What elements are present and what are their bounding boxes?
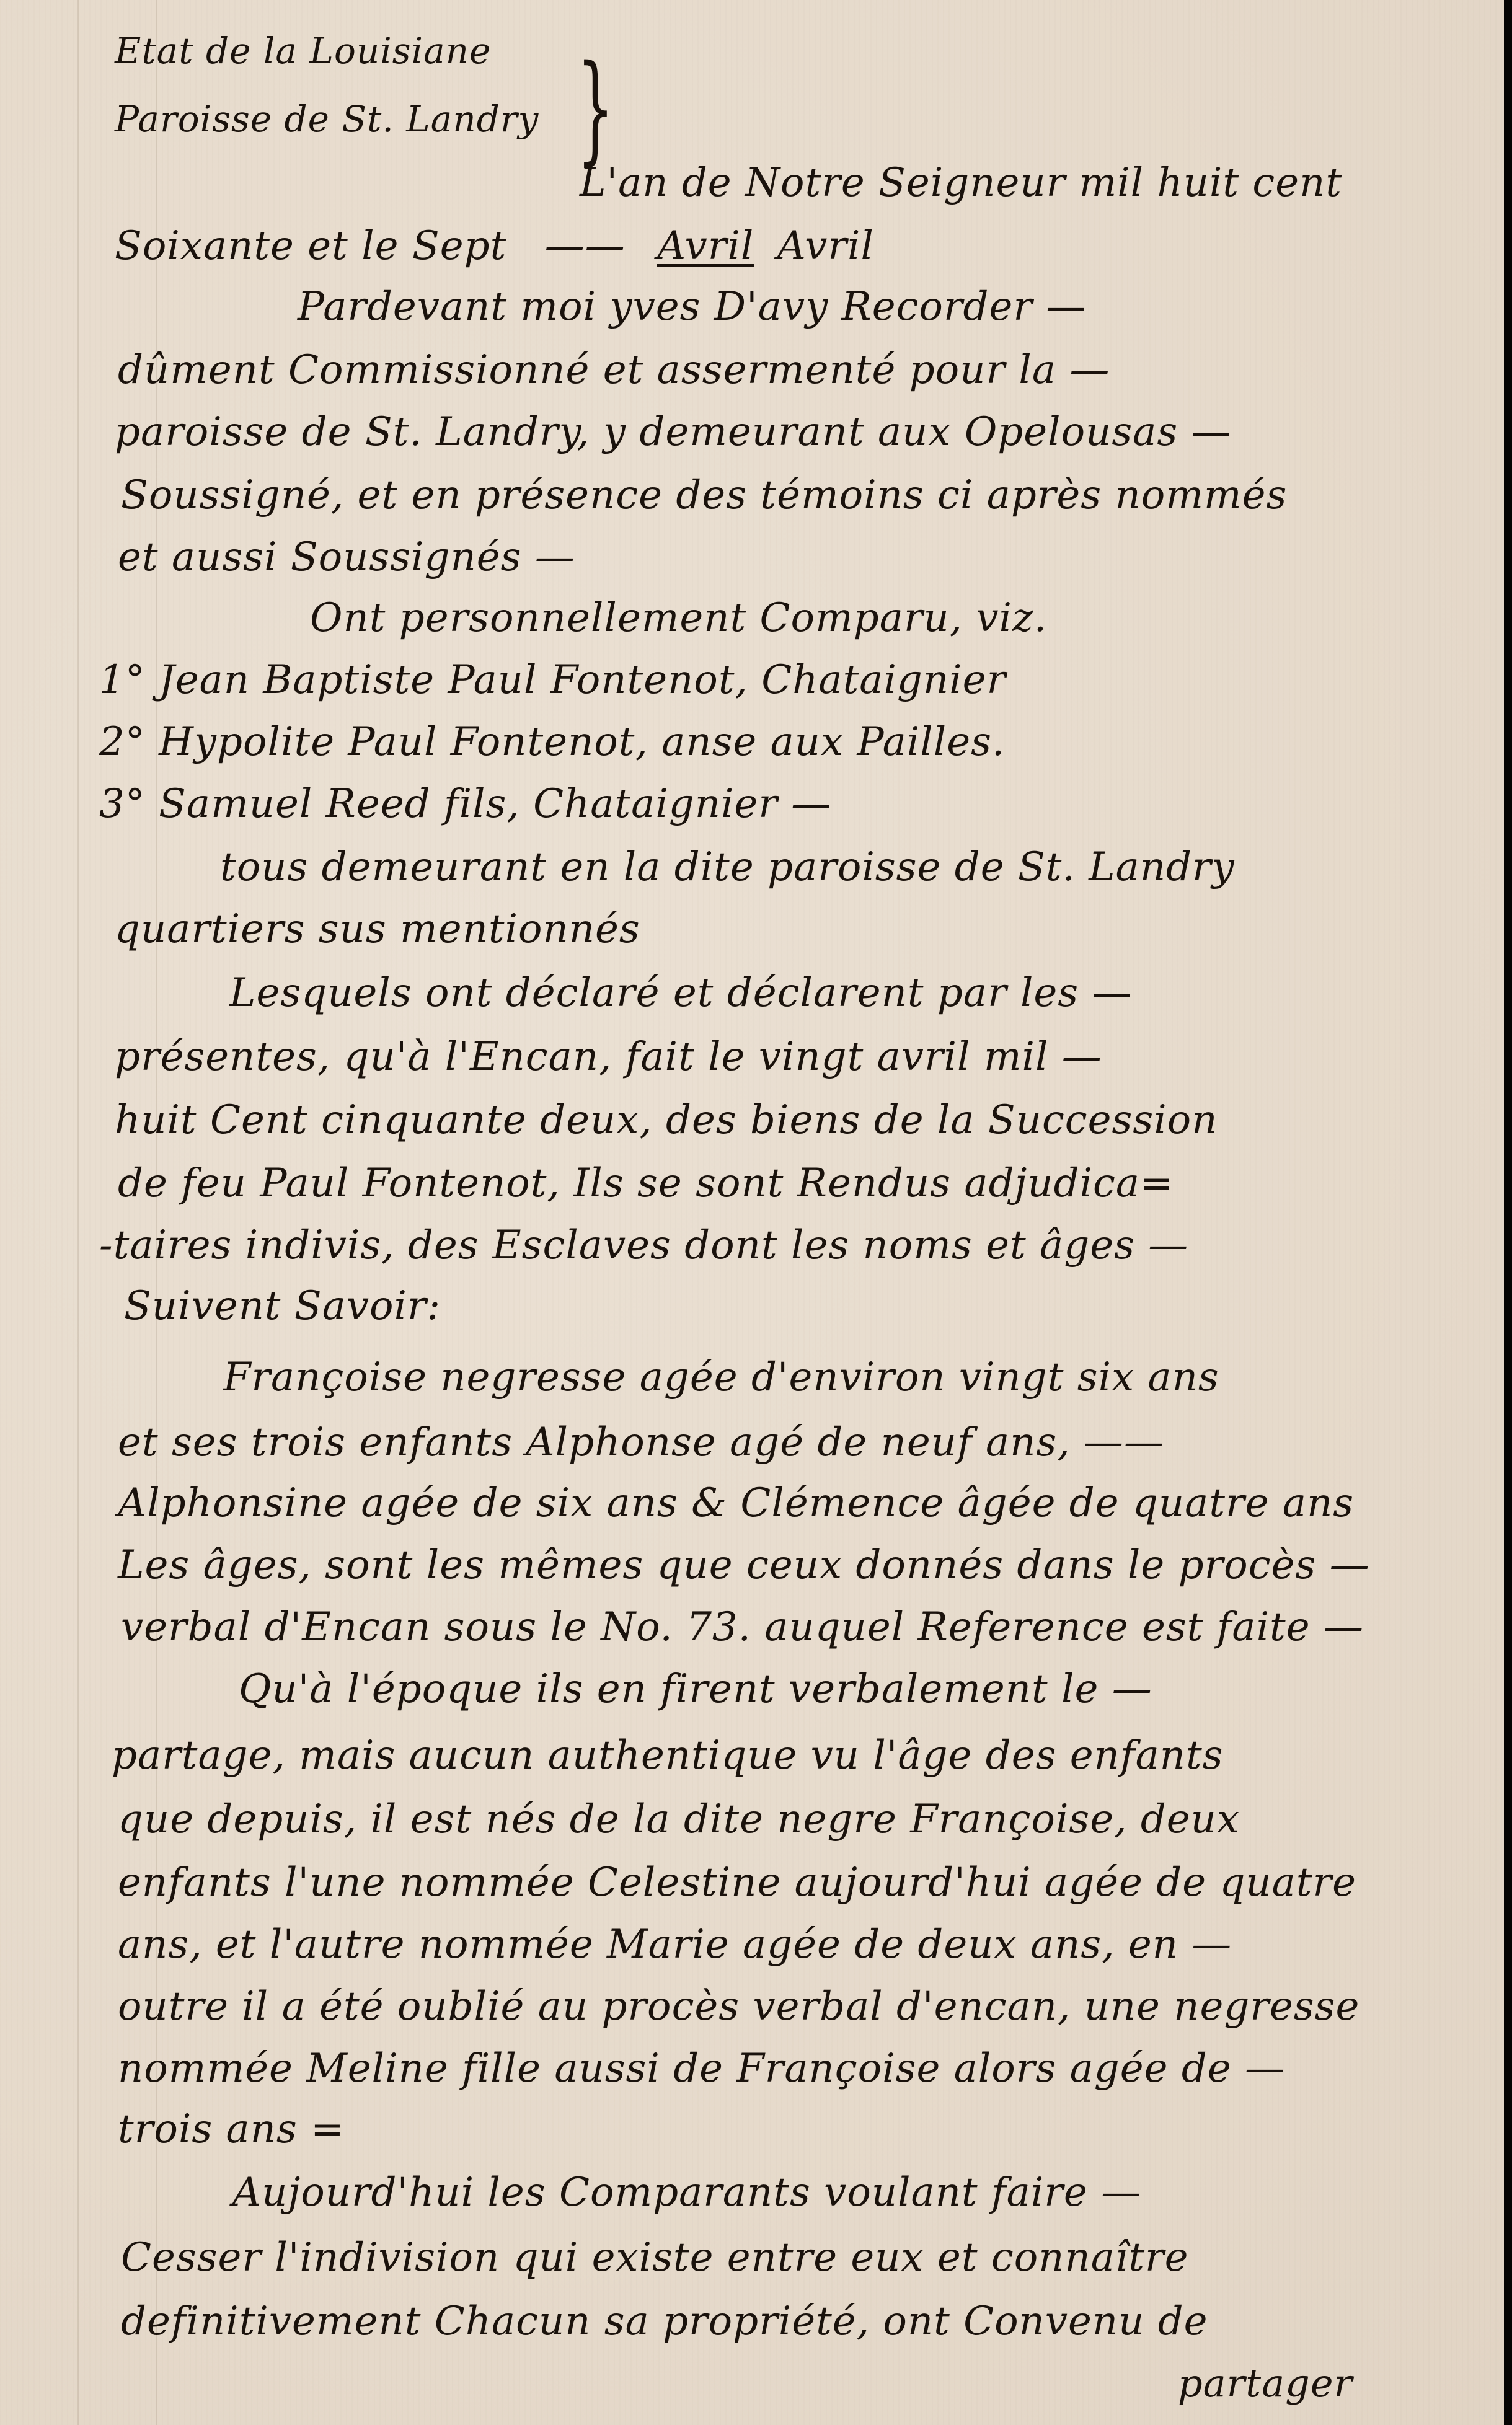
doc-line-9: 1° Jean Baptiste Paul Fontenot, Chataign… — [99, 657, 1006, 703]
doc-line-13: quartiers sus mentionnés — [115, 906, 640, 952]
doc-line-17: de feu Paul Fontenot, Ils se sont Rendus… — [118, 1160, 1174, 1206]
doc-line-20: Françoise negresse agée d'environ vingt … — [223, 1354, 1219, 1400]
doc-line-35: definitivement Chacun sa propriété, ont … — [121, 2299, 1208, 2344]
doc-line-25: Qu'à l'époque ils en firent verbalement … — [239, 1666, 1152, 1712]
struck-word: Avril — [657, 223, 754, 269]
doc-line-4: dûment Commissionné et assermenté pour l… — [118, 347, 1110, 393]
doc-line-30: outre il a été oublié au procès verbal d… — [118, 1984, 1359, 2030]
header-parish: Paroisse de St. Landry — [115, 98, 539, 140]
doc-line-29: ans, et l'autre nommée Marie agée de deu… — [118, 1922, 1232, 1968]
doc-line-1: L'an de Notre Seigneur mil huit cent — [580, 160, 1342, 206]
doc-line-6: Soussigné, et en présence des témoins ci… — [121, 472, 1287, 518]
doc-line-34: Cesser l'indivision qui existe entre eux… — [121, 2235, 1189, 2281]
doc-line-8: Ont personnellement Comparu, viz. — [310, 595, 1047, 641]
doc-line-22: Alphonsine agée de six ans & Clémence âg… — [118, 1480, 1354, 1526]
doc-line-11: 3° Samuel Reed fils, Chataignier — — [99, 781, 831, 827]
doc-line-21: et ses trois enfants Alphonse agé de neu… — [118, 1420, 1164, 1465]
doc-line-19: Suivent Savoir: — [124, 1283, 441, 1329]
margin-line-outer — [77, 0, 79, 2425]
header-state: Etat de la Louisiane — [115, 30, 491, 72]
doc-line-7: et aussi Soussignés — — [118, 534, 575, 580]
doc-line-31: nommée Meline fille aussi de Françoise a… — [118, 2046, 1285, 2092]
doc-line-10: 2° Hypolite Paul Fontenot, anse aux Pail… — [99, 719, 1005, 765]
doc-line-24: verbal d'Encan sous le No. 73. auquel Re… — [121, 1604, 1364, 1650]
date-dash: —— — [545, 223, 626, 269]
doc-line-15: présentes, qu'à l'Encan, fait le vingt a… — [115, 1034, 1102, 1080]
document-page: Etat de la Louisiane Paroisse de St. Lan… — [0, 0, 1504, 2425]
doc-line-36-catchword: partager — [1178, 2361, 1353, 2406]
doc-line-2: Soixante et le Sept —— Avril Avril — [115, 223, 874, 269]
doc-line-16: huit Cent cinquante deux, des biens de l… — [115, 1097, 1218, 1143]
month-word: Avril — [777, 223, 874, 269]
doc-line-26: partage, mais aucun authentique vu l'âge… — [112, 1733, 1224, 1778]
doc-line-23: Les âges, sont les mêmes que ceux donnés… — [118, 1542, 1370, 1588]
doc-line-27: que depuis, il est nés de la dite negre … — [118, 1796, 1240, 1842]
doc-line-18: -taires indivis, des Esclaves dont les n… — [99, 1222, 1188, 1268]
doc-line-33: Aujourd'hui les Comparants voulant faire… — [232, 2170, 1141, 2215]
doc-line-32: trois ans = — [118, 2106, 345, 2152]
doc-line-3: Pardevant moi yves D'avy Recorder — — [298, 284, 1086, 330]
header-bracket: } — [577, 50, 614, 167]
date-text: Soixante et le Sept — [115, 223, 506, 269]
doc-line-14: Lesquels ont déclaré et déclarent par le… — [229, 970, 1132, 1016]
scan-edge — [1504, 0, 1512, 2425]
doc-line-12: tous demeurant en la dite paroisse de St… — [220, 844, 1235, 890]
doc-line-5: paroisse de St. Landry, y demeurant aux … — [115, 409, 1232, 455]
doc-line-28: enfants l'une nommée Celestine aujourd'h… — [118, 1860, 1356, 1906]
